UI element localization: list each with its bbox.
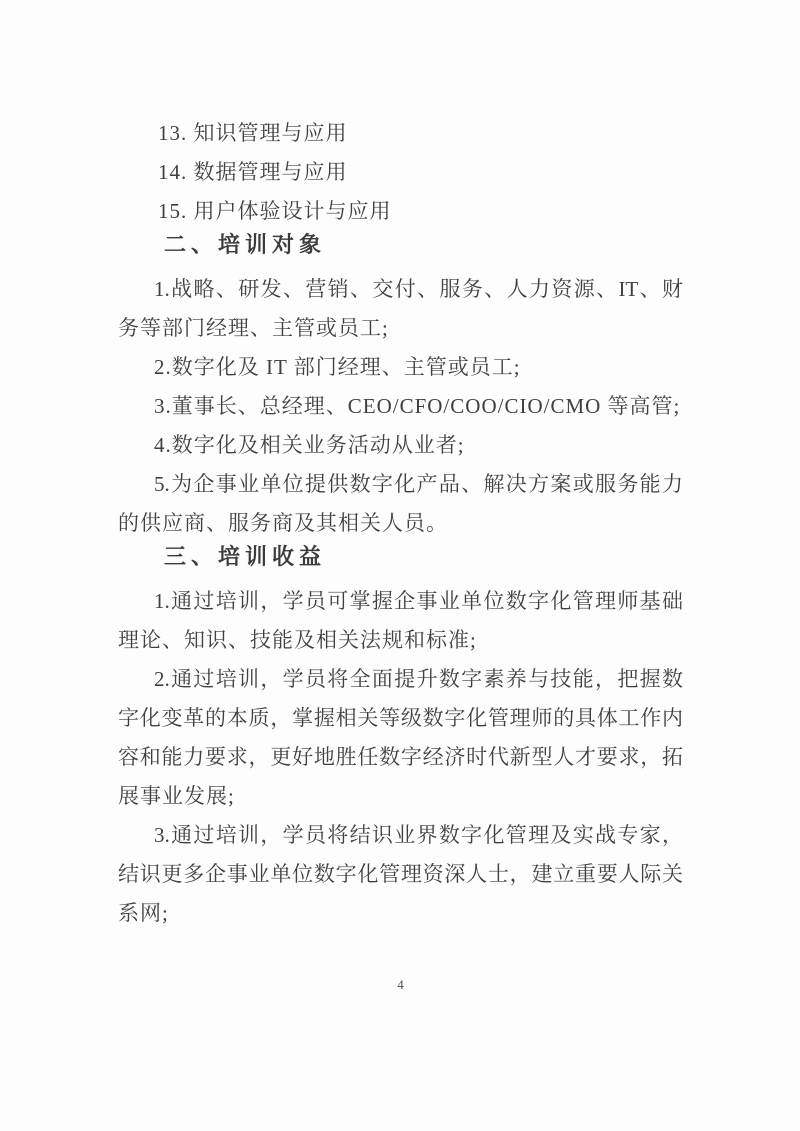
body-line: 2.数字化及 IT 部门经理、主管或员工; <box>118 348 683 387</box>
curriculum-item: 14. 数据管理与应用 <box>118 153 683 192</box>
page-number: 4 <box>118 971 683 999</box>
body-line: 1.战略、研发、营销、交付、服务、人力资源、IT、财 <box>118 270 683 309</box>
body-line: 理论、知识、技能及相关法规和标准; <box>118 621 683 660</box>
section-heading-training-targets: 二、培训对象 <box>118 225 683 264</box>
section-heading-training-benefits: 三、培训收益 <box>118 537 683 576</box>
body-line: 务等部门经理、主管或员工; <box>118 309 683 348</box>
body-line: 字化变革的本质，掌握相关等级数字化管理师的具体工作内 <box>118 699 683 738</box>
body-line: 3.通过培训，学员将结识业界数字化管理及实战专家， <box>118 816 683 855</box>
body-line: 系网; <box>118 894 683 933</box>
document-page: 13. 知识管理与应用 14. 数据管理与应用 15. 用户体验设计与应用 二、… <box>0 0 800 1131</box>
body-line: 结识更多企事业单位数字化管理资深人士，建立重要人际关 <box>118 855 683 894</box>
body-line: 4.数字化及相关业务活动从业者; <box>118 426 683 465</box>
document-body: 13. 知识管理与应用 14. 数据管理与应用 15. 用户体验设计与应用 二、… <box>118 114 683 933</box>
body-line: 1.通过培训，学员可掌握企事业单位数字化管理师基础 <box>118 582 683 621</box>
body-line: 5.为企事业单位提供数字化产品、解决方案或服务能力 <box>118 465 683 504</box>
body-line: 展事业发展; <box>118 777 683 816</box>
body-line: 容和能力要求，更好地胜任数字经济时代新型人才要求，拓 <box>118 738 683 777</box>
body-line: 3.董事长、总经理、CEO/CFO/COO/CIO/CMO 等高管; <box>118 387 683 426</box>
body-line: 2.通过培训，学员将全面提升数字素养与技能，把握数 <box>118 660 683 699</box>
curriculum-item: 13. 知识管理与应用 <box>118 114 683 153</box>
